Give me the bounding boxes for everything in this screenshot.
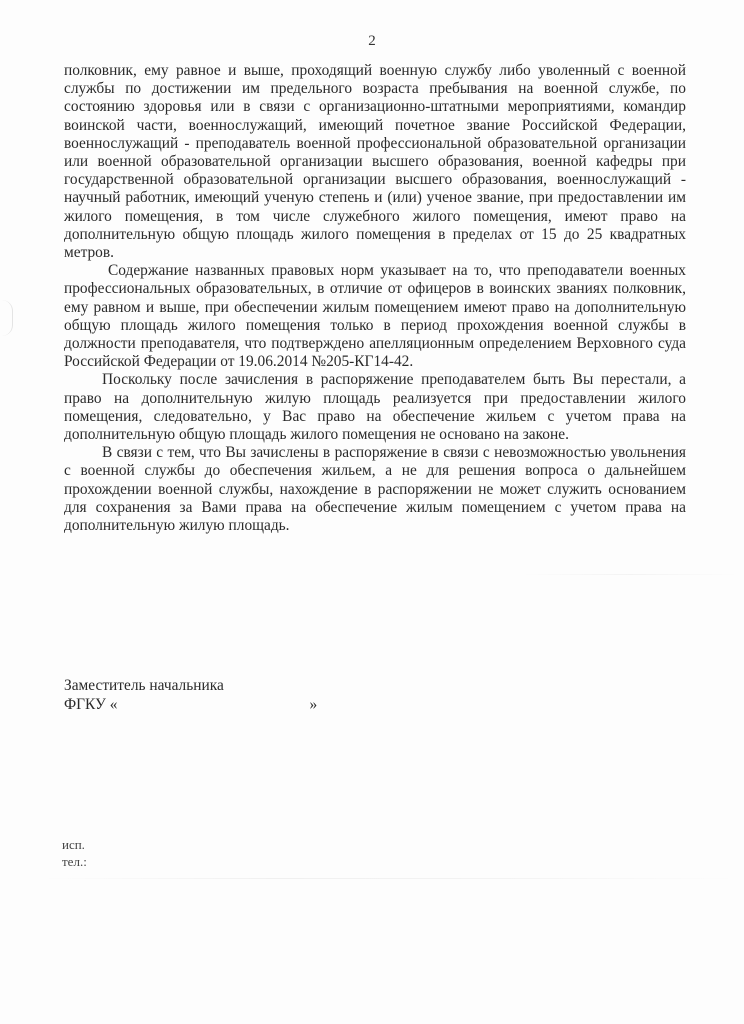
letter-body: полковник, ему равное и выше, проходящий… <box>64 62 686 535</box>
scan-artifact <box>2 300 13 336</box>
scan-fold-line <box>520 574 740 575</box>
signatory-position: Заместитель начальника <box>64 676 317 695</box>
executor-label: исп. <box>62 836 87 853</box>
paragraph-legal-norm: полковник, ему равное и выше, проходящий… <box>64 62 686 262</box>
paragraph-reserve-status: В связи с тем, что Вы зачислены в распор… <box>64 444 686 535</box>
scan-fold-line <box>40 878 740 879</box>
signature-block: Заместитель начальника ФГКУ « » <box>64 676 317 714</box>
organization-prefix: ФГКУ « <box>64 695 117 714</box>
page-number: 2 <box>0 33 744 50</box>
organization-suffix: » <box>309 695 317 714</box>
executor-notes: исп. тел.: <box>62 836 87 870</box>
paragraph-norms-interpretation: Содержание названных правовых норм указы… <box>64 262 686 371</box>
document-page: 2 полковник, ему равное и выше, проходящ… <box>0 0 744 1024</box>
phone-label: тел.: <box>62 853 87 870</box>
signatory-organization: ФГКУ « » <box>64 695 317 714</box>
paragraph-conclusion: Поскольку после зачисления в распоряжени… <box>64 371 686 444</box>
